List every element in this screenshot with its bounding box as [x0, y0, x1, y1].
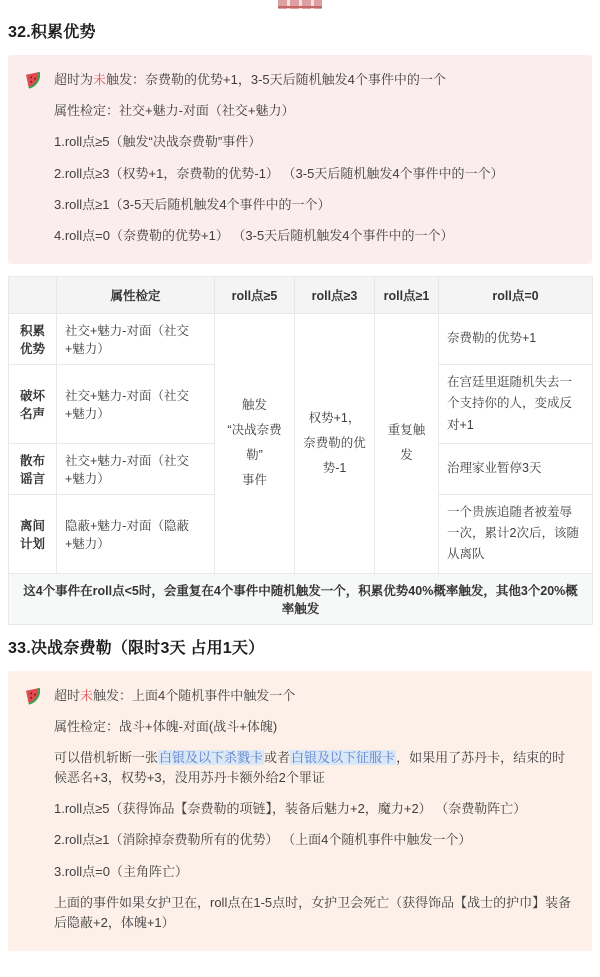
merged-cell-roll5: 触发 “决战奈费勒” 事件 — [215, 314, 295, 574]
table-footer-note: 这4个事件在roll点<5时，会重复在4个事件中随机触发一个，积累优势40%概率… — [9, 573, 593, 624]
card-tip-pre: 可以借机斩断一张 — [54, 750, 158, 765]
table-footer-row: 这4个事件在roll点<5时，会重复在4个事件中随机触发一个，积累优势40%概率… — [9, 573, 593, 624]
note-line-guard-tip: 上面的事件如果女护卫在，roll点在1-5点时，女护卫会死亡（获得饰品【战士的护… — [24, 893, 572, 933]
watermelon-icon — [24, 687, 44, 705]
watermelon-icon — [24, 71, 44, 89]
section-32-note-box: 超时为未触发：奈费勒的优势+1，3-5天后随机触发4个事件中的一个 属性检定：社… — [8, 55, 592, 264]
note-line-card-tip: 可以借机斩断一张白银及以下杀戮卡或者白银及以下征服卡，如果用了苏丹卡，结束的时候… — [24, 748, 572, 788]
row-name: 积累优势 — [9, 314, 57, 365]
card-tip-mid: 或者 — [264, 750, 290, 765]
row-result: 奈费勒的优势+1 — [439, 314, 593, 365]
timeout-text: 超时 — [54, 688, 80, 703]
row-result: 一个贵族追随者被羞辱一次，累计2次后，该随从离队 — [439, 494, 593, 573]
header-roll-eq0: roll点=0 — [439, 277, 593, 314]
header-attr-check: 属性检定 — [57, 277, 215, 314]
row-name: 破坏名声 — [9, 365, 57, 444]
note-line: 超时为未触发：奈费勒的优势+1，3-5天后随机触发4个事件中的一个 — [24, 70, 572, 90]
note-line-roll5: 1.roll点≥5（触发“决战奈费勒”事件） — [24, 132, 572, 152]
row-result: 在宫廷里逛随机失去一个支持你的人，变成反对+1 — [439, 365, 593, 444]
row-name: 离间计划 — [9, 494, 57, 573]
note-line-roll1: 3.roll点≥1（3-5天后随机触发4个事件中的一个） — [24, 195, 572, 215]
table-header-row: 属性检定 roll点≥5 roll点≥3 roll点≥1 roll点=0 — [9, 277, 593, 314]
timeout-rest: 触发：上面4个随机事件中触发一个 — [93, 688, 295, 703]
row-check: 隐蔽+魅力-对面（隐蔽+魅力） — [57, 494, 215, 573]
row-name: 散布谣言 — [9, 443, 57, 494]
table-row: 积累优势 社交+魅力-对面（社交+魅力） 触发 “决战奈费勒” 事件 权势+1，… — [9, 314, 593, 365]
timeout-rest: 触发：奈费勒的优势+1，3-5天后随机触发4个事件中的一个 — [106, 72, 446, 87]
row-check: 社交+魅力-对面（社交+魅力） — [57, 443, 215, 494]
header-roll-ge5: roll点≥5 — [215, 277, 295, 314]
section-32-title: 32.积累优势 — [8, 23, 592, 42]
header-empty — [9, 277, 57, 314]
note-line-roll1: 2.roll点≥1（消除掉奈费勒所有的优势） （上面4个随机事件中触发一个） — [24, 830, 572, 850]
merged-cell-roll1: 重复触发 — [375, 314, 439, 574]
article-page: 32.积累优势 超时为未触发：奈费勒的优势+1，3-5天后随机触发4个事件中的一… — [0, 0, 600, 977]
header-roll-ge1: roll点≥1 — [375, 277, 439, 314]
clipped-red-text-fragment — [278, 0, 322, 9]
header-roll-ge3: roll点≥3 — [295, 277, 375, 314]
note-line-roll3: 2.roll点≥3（权势+1，奈费勒的优势-1） （3-5天后随机触发4个事件中… — [24, 164, 572, 184]
clipped-red-text — [8, 0, 592, 9]
note-line-text: 超时为未触发：奈费勒的优势+1，3-5天后随机触发4个事件中的一个 — [54, 70, 446, 90]
link-silver-kill-card[interactable]: 白银及以下杀戮卡 — [158, 750, 264, 765]
note-line-text: 超时未触发：上面4个随机事件中触发一个 — [54, 686, 295, 706]
timeout-text: 超时为 — [54, 72, 93, 87]
row-result: 治理家业暂停3天 — [439, 443, 593, 494]
note-line-attr-check: 属性检定：战斗+体魄-对面(战斗+体魄) — [24, 717, 572, 737]
timeout-red-char: 未 — [80, 688, 93, 703]
merged-cell-roll3: 权势+1， 奈费勒的优势-1 — [295, 314, 375, 574]
note-line-roll0: 3.roll点=0（主角阵亡） — [24, 862, 572, 882]
note-line: 超时未触发：上面4个随机事件中触发一个 — [24, 686, 572, 706]
link-silver-conquer-card[interactable]: 白银及以下征服卡 — [290, 750, 396, 765]
roll-events-table: 属性检定 roll点≥5 roll点≥3 roll点≥1 roll点=0 积累优… — [8, 276, 593, 625]
timeout-red-char: 未 — [93, 72, 106, 87]
note-line-attr-check: 属性检定：社交+魅力-对面（社交+魅力） — [24, 101, 572, 121]
note-line-roll0: 4.roll点=0（奈费勒的优势+1） （3-5天后随机触发4个事件中的一个） — [24, 226, 572, 246]
section-33-title: 33.决战奈费勒（限时3天 占用1天） — [8, 639, 592, 658]
section-33-note-box: 超时未触发：上面4个随机事件中触发一个 属性检定：战斗+体魄-对面(战斗+体魄)… — [8, 671, 592, 951]
note-line-roll5: 1.roll点≥5（获得饰品【奈费勒的项链】，装备后魅力+2，魔力+2） （奈费… — [24, 799, 572, 819]
row-check: 社交+魅力-对面（社交+魅力） — [57, 314, 215, 365]
row-check: 社交+魅力-对面（社交+魅力） — [57, 365, 215, 444]
